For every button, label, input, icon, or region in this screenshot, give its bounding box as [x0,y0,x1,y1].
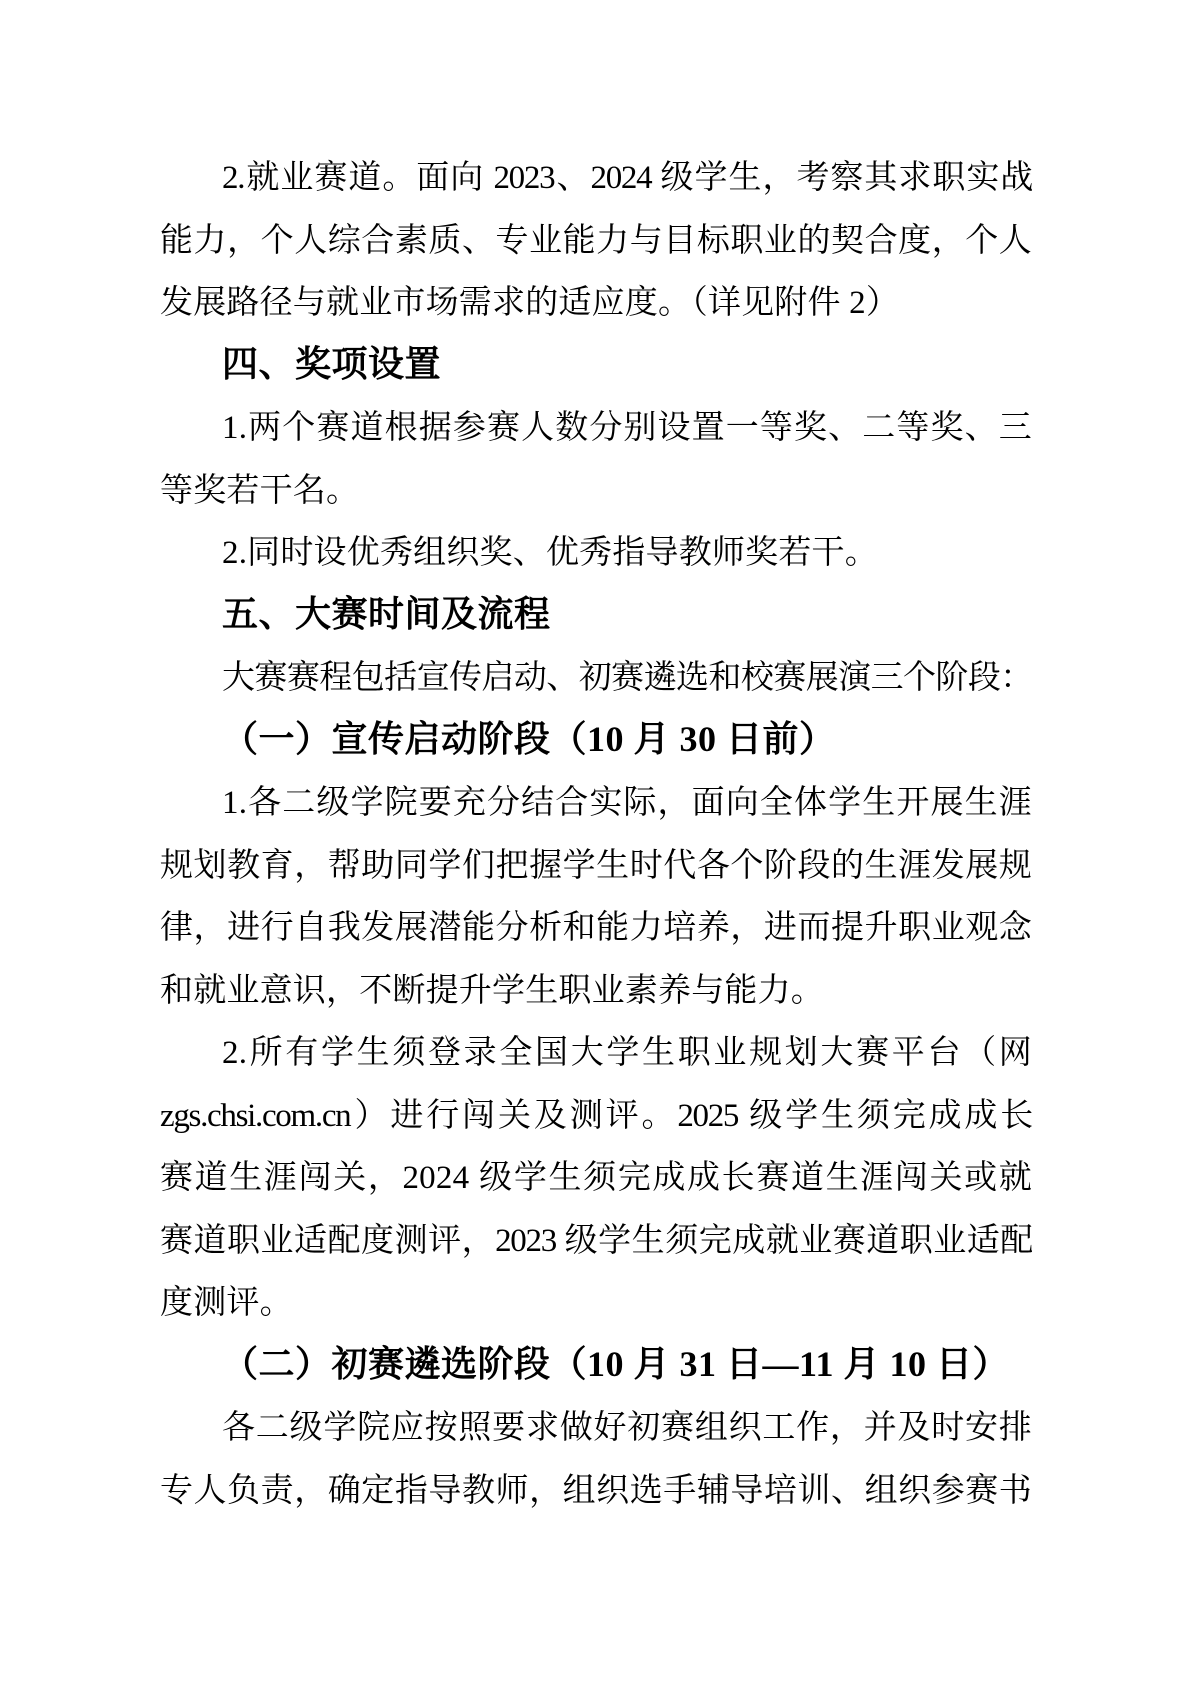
section-heading-awards: 四、奖项设置 [160,342,1032,390]
body-text-line: 赛道生涯闯关，2024 级学生须完成成长赛道生涯闯关或就业 [160,1156,1032,1204]
body-text-line: 2.就业赛道。面向 2023、2024 级学生，考察其求职实战 [160,156,1032,204]
body-text-line: zgs.chsi.com.cn）进行闯关及测评。2025 级学生须完成成长 [160,1094,1032,1142]
body-text-line: 律，进行自我发展潜能分析和能力培养，进而提升职业观念 [160,906,1032,954]
body-text-line: 1.各二级学院要充分结合实际，面向全体学生开展生涯 [160,781,1032,829]
body-text-line: 1.两个赛道根据参赛人数分别设置一等奖、二等奖、三 [160,406,1032,454]
body-text-line: 2.同时设优秀组织奖、优秀指导教师奖若干。 [160,531,1032,579]
section-heading-schedule: 五、大赛时间及流程 [160,592,1032,640]
body-text-line: 发展路径与就业市场需求的适应度。（详见附件 2） [160,281,1032,329]
phase-heading-promotion: （一）宣传启动阶段（10 月 30 日前） [160,717,1032,765]
body-text-line: 赛道职业适配度测评，2023 级学生须完成就业赛道职业适配 [160,1219,1032,1267]
body-text-line: 等奖若干名。 [160,469,1032,517]
document-page: 2.就业赛道。面向 2023、2024 级学生，考察其求职实战 能力，个人综合素… [0,0,1191,1684]
body-text-line: 能力，个人综合素质、专业能力与目标职业的契合度，个人 [160,219,1032,267]
phase-heading-preliminary: （二）初赛遴选阶段（10 月 31 日—11 月 10 日） [160,1342,1032,1390]
body-text-line: 大赛赛程包括宣传启动、初赛遴选和校赛展演三个阶段： [160,656,1032,704]
body-text-line: 2.所有学生须登录全国大学生职业规划大赛平台（网址： [160,1031,1032,1079]
body-text-line: 专人负责，确定指导教师，组织选手辅导培训、组织参赛书 [160,1469,1032,1517]
body-text-line: 度测评。 [160,1281,1032,1329]
body-text-line: 规划教育，帮助同学们把握学生时代各个阶段的生涯发展规 [160,844,1032,892]
body-text-line: 各二级学院应按照要求做好初赛组织工作，并及时安排 [160,1406,1032,1454]
body-text-line: 和就业意识，不断提升学生职业素养与能力。 [160,969,1032,1017]
